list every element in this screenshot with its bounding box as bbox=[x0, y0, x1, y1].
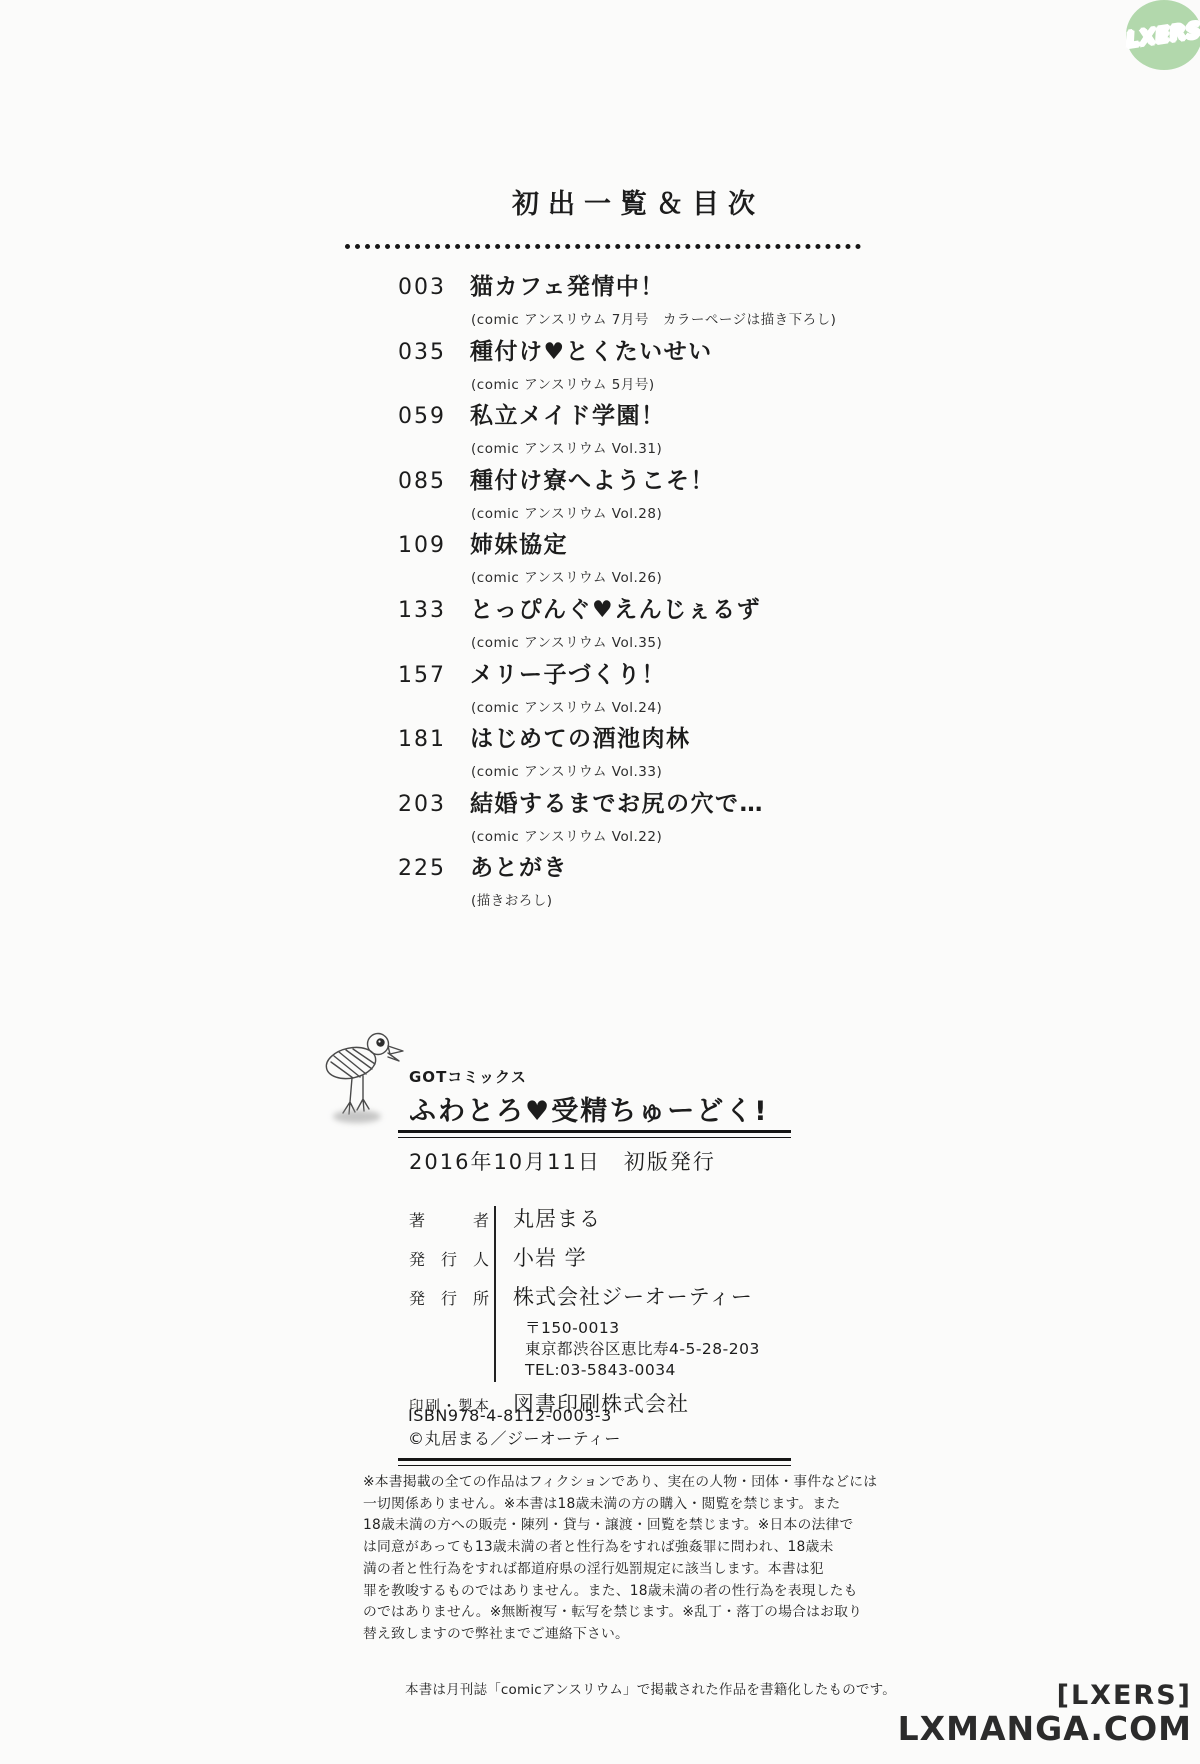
toc-entry-title: 種付け寮へようこそ！ bbox=[470, 462, 715, 495]
toc-entry-title: 姉妹協定 bbox=[470, 526, 568, 559]
toc-entry-title: 結婚するまでお尻の穴で… bbox=[470, 785, 764, 818]
publisher-name: 小岩 学 bbox=[513, 1242, 587, 1272]
toc-entry-source: (comic アンスリウム Vol.35) bbox=[471, 631, 958, 651]
office-label: 発行所 bbox=[409, 1286, 489, 1309]
toc-entry-page-number: 157 bbox=[398, 663, 450, 688]
toc-entry: 109 姉妹協定 (comic アンスリウム Vol.26) bbox=[398, 526, 958, 591]
site-watermark: [LXERS] LXMANGA.COM bbox=[898, 1682, 1192, 1745]
toc-entry-source: (comic アンスリウム 5月号) bbox=[471, 373, 958, 393]
colophon-row-office: 発行所 株式会社ジーオーティー bbox=[409, 1281, 809, 1311]
isbn-block: ISBN978-4-8112-0003-3 ©丸居まる／ジーオーティー bbox=[408, 1404, 621, 1450]
bird-shadow bbox=[333, 1110, 381, 1123]
toc-entry-page-number: 059 bbox=[398, 404, 450, 429]
toc-entry: 203 結婚するまでお尻の穴で… (comic アンスリウム Vol.22) bbox=[398, 785, 958, 850]
scanned-book-page: LXERS 初出一覧＆目次 003 猫カフェ発情中！ (comic アンスリウム… bbox=[0, 0, 1200, 1764]
dotted-divider bbox=[345, 244, 861, 249]
toc-entry-main: 225 あとがき bbox=[398, 849, 958, 882]
toc-entry-source: (comic アンスリウム Vol.24) bbox=[471, 696, 958, 716]
page-title: 初出一覧＆目次 bbox=[338, 182, 938, 221]
toc-entry-title: 私立メイド学園！ bbox=[470, 397, 666, 430]
toc-entry-main: 003 猫カフェ発情中！ bbox=[398, 268, 958, 301]
toc-entry: 085 種付け寮へようこそ！ (comic アンスリウム Vol.28) bbox=[398, 462, 958, 527]
toc-entry-source: (comic アンスリウム Vol.31) bbox=[471, 437, 958, 457]
legal-disclaimer: ※本書掲載の全ての作品はフィクションであり、実在の人物・団体・事件などには一切関… bbox=[363, 1472, 795, 1646]
colophon-table: 著者 丸居まる 発行人 小岩 学 発行所 株式会社ジーオーティー 〒150-00… bbox=[409, 1203, 809, 1427]
author-label: 著者 bbox=[409, 1208, 489, 1231]
toc-entry-title: とっぴんぐ♥えんじぇるず bbox=[470, 591, 761, 624]
disclaimer-rule bbox=[398, 1458, 791, 1466]
toc-entry-source: (comic アンスリウム 7月号 カラーページは描き下ろし) bbox=[471, 308, 958, 328]
title-rule bbox=[398, 1130, 791, 1138]
toc-entry-source: (描きおろし) bbox=[471, 889, 958, 909]
lxers-logo: LXERS bbox=[1126, 0, 1200, 70]
publisher-label: 発行人 bbox=[409, 1247, 489, 1270]
author-name: 丸居まる bbox=[513, 1203, 601, 1233]
colophon-row-publisher: 発行人 小岩 学 bbox=[409, 1242, 809, 1272]
edition-date: 2016年10月11日 初版発行 bbox=[409, 1146, 716, 1176]
toc-entry-page-number: 133 bbox=[398, 598, 450, 623]
toc-entry: 133 とっぴんぐ♥えんじぇるず (comic アンスリウム Vol.35) bbox=[398, 591, 958, 656]
toc-entry-main: 203 結婚するまでお尻の穴で… bbox=[398, 785, 958, 818]
lxers-logo-text: LXERS bbox=[1125, 18, 1200, 52]
office-address: 〒150-0013東京都渋谷区恵比寿4-5-28-203TEL:03-5843-… bbox=[525, 1318, 809, 1381]
toc-entry-source: (comic アンスリウム Vol.33) bbox=[471, 760, 958, 780]
toc-entry-page-number: 225 bbox=[398, 856, 450, 881]
toc-entry-page-number: 003 bbox=[398, 275, 450, 300]
toc-list: 003 猫カフェ発情中！ (comic アンスリウム 7月号 カラーページは描き… bbox=[398, 268, 958, 914]
toc-entry-main: 085 種付け寮へようこそ！ bbox=[398, 462, 958, 495]
office-name: 株式会社ジーオーティー bbox=[513, 1281, 753, 1311]
toc-entry-main: 181 はじめての酒池肉林 bbox=[398, 720, 958, 753]
isbn-number: ISBN978-4-8112-0003-3 bbox=[408, 1404, 621, 1427]
toc-entry-main: 133 とっぴんぐ♥えんじぇるず bbox=[398, 591, 958, 624]
toc-entry-page-number: 203 bbox=[398, 792, 450, 817]
toc-entry: 225 あとがき (描きおろし) bbox=[398, 849, 958, 914]
toc-entry-source: (comic アンスリウム Vol.22) bbox=[471, 825, 958, 845]
colophon-row-author: 著者 丸居まる bbox=[409, 1203, 809, 1233]
toc-entry-main: 157 メリー子づくり！ bbox=[398, 656, 958, 689]
toc-entry-source: (comic アンスリウム Vol.26) bbox=[471, 566, 958, 586]
toc-entry-title: 種付け♥とくたいせい bbox=[470, 333, 713, 366]
toc-entry-title: メリー子づくり！ bbox=[470, 656, 666, 689]
site-watermark-domain: LXMANGA.COM bbox=[898, 1712, 1192, 1745]
toc-entry-title: はじめての酒池肉林 bbox=[470, 720, 691, 753]
toc-entry-main: 035 種付け♥とくたいせい bbox=[398, 333, 958, 366]
toc-entry: 003 猫カフェ発情中！ (comic アンスリウム 7月号 カラーページは描き… bbox=[398, 268, 958, 333]
toc-entry: 035 種付け♥とくたいせい (comic アンスリウム 5月号) bbox=[398, 333, 958, 398]
imprint-label: GOTコミックス bbox=[409, 1066, 527, 1087]
toc-entry-page-number: 109 bbox=[398, 533, 450, 558]
copyright-line: ©丸居まる／ジーオーティー bbox=[408, 1427, 621, 1450]
bird-doodle-illustration bbox=[322, 1026, 412, 1118]
toc-entry-page-number: 035 bbox=[398, 340, 450, 365]
toc-entry-page-number: 085 bbox=[398, 469, 450, 494]
toc-entry: 059 私立メイド学園！ (comic アンスリウム Vol.31) bbox=[398, 397, 958, 462]
serialization-note: 本書は月刊誌「comicアンスリウム」で掲載された作品を書籍化したものです。 bbox=[405, 1678, 896, 1698]
toc-entry-title: 猫カフェ発情中！ bbox=[470, 268, 665, 301]
toc-entry-title: あとがき bbox=[470, 849, 568, 882]
toc-entry: 181 はじめての酒池肉林 (comic アンスリウム Vol.33) bbox=[398, 720, 958, 785]
toc-entry-source: (comic アンスリウム Vol.28) bbox=[471, 502, 958, 522]
book-title: ふわとろ♥受精ちゅーどく! bbox=[409, 1089, 769, 1128]
site-watermark-tag: [LXERS] bbox=[898, 1682, 1192, 1709]
toc-entry-page-number: 181 bbox=[398, 727, 450, 752]
toc-entry: 157 メリー子づくり！ (comic アンスリウム Vol.24) bbox=[398, 656, 958, 721]
toc-entry-main: 109 姉妹協定 bbox=[398, 526, 958, 559]
toc-entry-main: 059 私立メイド学園！ bbox=[398, 397, 958, 430]
